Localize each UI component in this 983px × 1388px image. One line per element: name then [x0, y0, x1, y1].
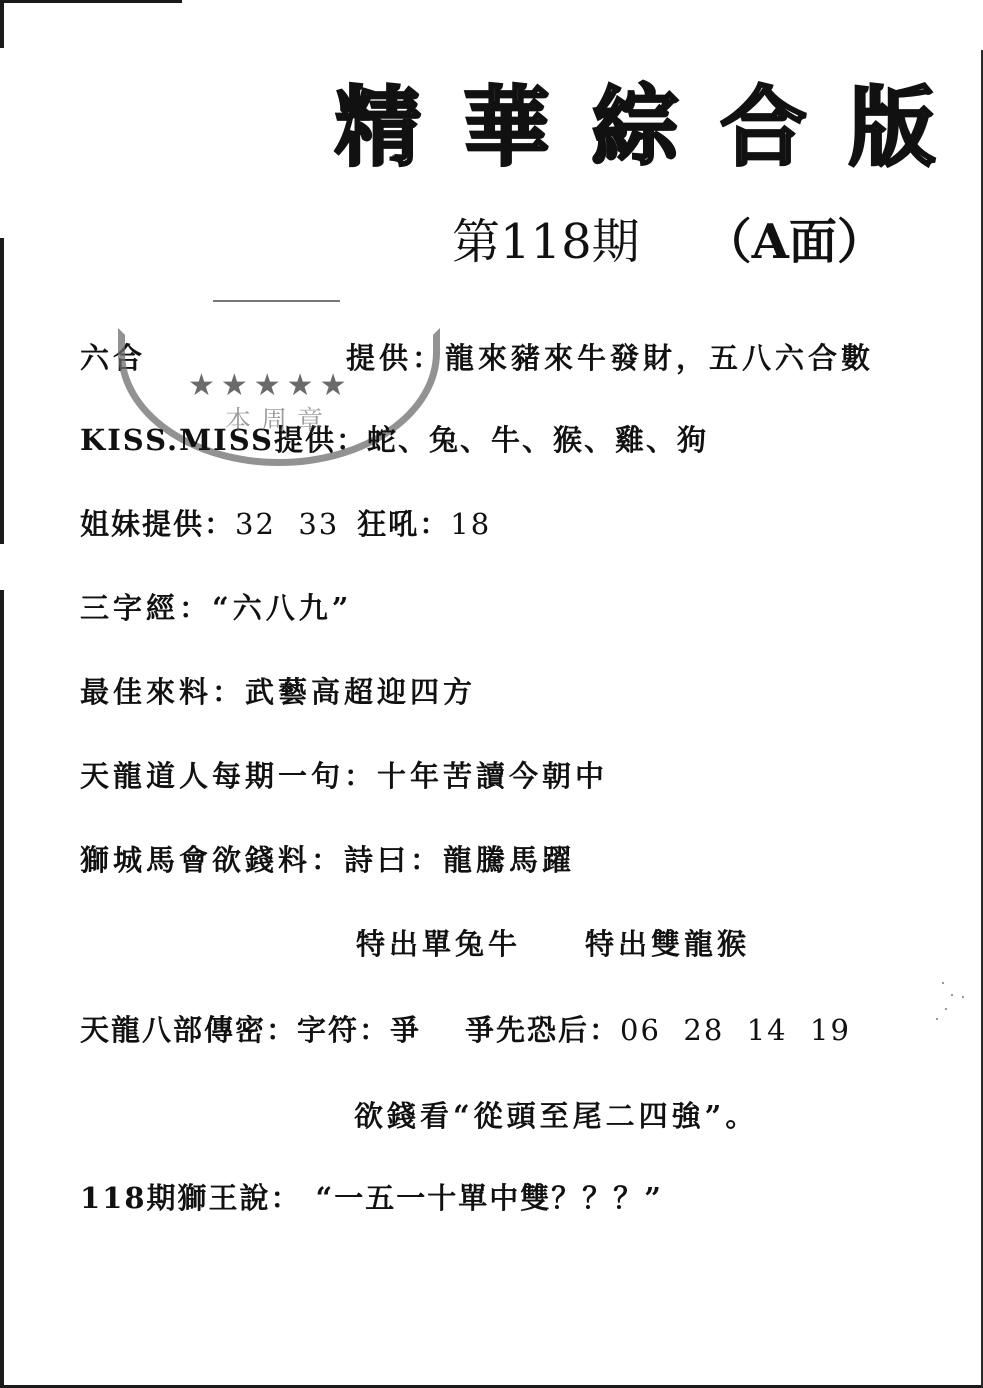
line-value: 18 [450, 507, 491, 541]
scan-speck [945, 1008, 947, 1010]
line-value: 特出雙龍猴 [585, 927, 750, 961]
line-tianlong-daoren: 天龍道人每期一句：十年苦讀今朝中 [80, 756, 608, 796]
issue-side: （A面） [704, 214, 885, 270]
frame-border-left [0, 590, 4, 1388]
line-value: 欲錢看“從頭至尾二四強”。 [354, 1099, 758, 1133]
scan-speck [951, 994, 953, 996]
title-char: 合 [721, 78, 807, 178]
scan-speck [936, 1018, 938, 1020]
line-value: 武藝高超迎四方 [245, 675, 476, 709]
line-label: 狂吼： [357, 507, 450, 541]
line-kiss-miss: KISS.MISS提供：蛇、兔、牛、猴、雞、狗 [80, 420, 708, 460]
frame-border-left [0, 238, 4, 544]
line-value: 32 33 [235, 507, 339, 541]
issue-heading: 第118期（A面） [452, 212, 885, 272]
line-label: 118期獅王說： [80, 1181, 302, 1215]
scan-speck [942, 982, 944, 984]
line-value: 蛇、兔、牛、猴、雞、狗 [367, 423, 708, 457]
divider [213, 300, 340, 302]
title-char: 綜 [592, 78, 678, 178]
issue-number: 第118期 [452, 214, 640, 270]
line-tianlong-babu: 天龍八部傳密：字符：爭爭先恐后：06 28 14 19 [80, 1010, 851, 1050]
line-label: 爭先恐后： [465, 1013, 620, 1047]
line-label: 天龍八部傳密： [80, 1013, 297, 1047]
line-yuqian: 欲錢看“從頭至尾二四強”。 [354, 1096, 758, 1136]
line-value: 詩曰：龍騰馬躍 [344, 843, 575, 877]
stamp-stars-icon: ★★★★★ [188, 368, 352, 403]
line-label: 最佳來料： [80, 675, 245, 709]
line-jiemei: 姐妹提供：32 33狂吼：18 [80, 504, 491, 544]
line-value: 龍來豬來牛發財，五八六合數 [445, 341, 874, 375]
title-char: 精 [335, 78, 421, 178]
line-shicheng: 獅城馬會欲錢料：詩曰：龍騰馬躍 [80, 840, 575, 880]
line-value: 十年苦讀今朝中 [377, 759, 608, 793]
line-label: 天龍道人每期一句： [80, 759, 377, 793]
line-label: 姐妹提供： [80, 507, 235, 541]
scan-speck [962, 996, 964, 998]
line-label: 獅城馬會欲錢料： [80, 843, 344, 877]
title-char: 版 [849, 78, 935, 178]
line-value: “一五一十單中雙？？？” [316, 1181, 663, 1215]
line-shiwang: 118期獅王說：“一五一十單中雙？？？” [80, 1178, 663, 1218]
line-zuijia: 最佳來料：武藝高超迎四方 [80, 672, 476, 712]
line-sanzijing: 三字經：“六八九” [80, 588, 352, 628]
line-value: 字符：爭 [297, 1013, 421, 1047]
line-value: 特出單兔牛 [356, 927, 521, 961]
line-value: 06 28 14 19 [620, 1013, 851, 1047]
line-value: “六八九” [212, 591, 352, 625]
line-label: 三字經： [80, 591, 212, 625]
stamp-text: 本周章 [225, 400, 333, 437]
frame-border-left [0, 0, 4, 48]
page-title: 精 華 綜 合 版 [335, 78, 935, 178]
frame-border-top [0, 0, 182, 3]
title-char: 華 [464, 78, 550, 178]
line-techu: 特出單兔牛特出雙龍猴 [356, 924, 750, 964]
